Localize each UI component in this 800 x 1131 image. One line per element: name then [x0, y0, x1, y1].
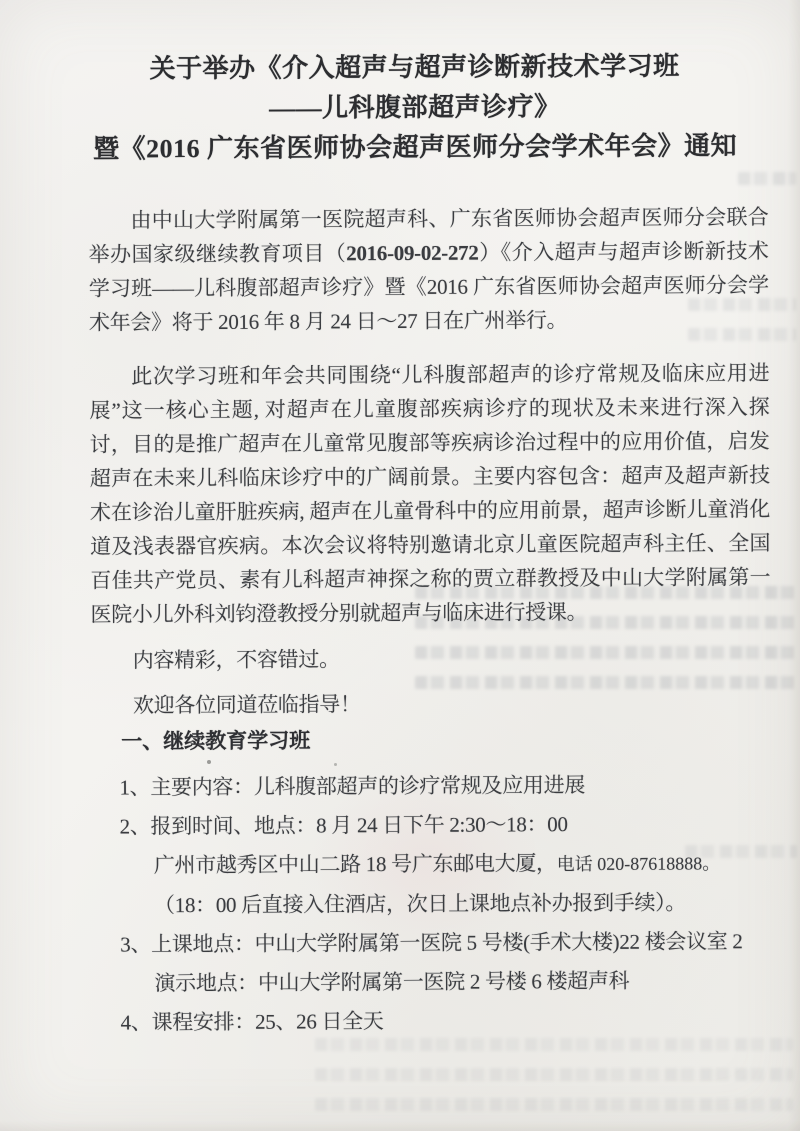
list-item-main-content: 1、主要内容：儿科腹部超声的诊疗常规及应用进展	[119, 767, 771, 804]
registration-note: （18：00 后直接入住酒店，次日上课地点补办报到手续）。	[154, 885, 772, 922]
list-item-schedule: 4、课程安排：25、26 日全天	[121, 1002, 773, 1039]
notice-title: 关于举办《介入超声与超声诊断新技术学习班 ——儿科腹部超声诊疗》 暨《2016 …	[88, 46, 743, 169]
title-line-3: 暨《2016 广东省医师协会超声医师分会学术年会》通知	[88, 126, 742, 169]
list-item-registration: 2、报到时间、地点：8 月 24 日下午 2:30～18：00	[120, 806, 772, 843]
paragraph-theme: 此次学习班和年会共同围绕“儿科腹部超声的诊疗常规及临床应用进展”这一核心主题, …	[89, 356, 770, 632]
registration-address: 广州市越秀区中山二路 18 号广东邮电大厦，	[154, 851, 557, 877]
demo-location: 演示地点：中山大学附属第一医院 2 号楼 6 楼超声科	[154, 963, 772, 1000]
title-line-2: ——儿科腹部超声诊疗》	[88, 86, 742, 129]
registration-address-line: 广州市越秀区中山二路 18 号广东邮电大厦，电话 020-87618888。	[154, 845, 772, 883]
scan-edge-shadow-bottom	[0, 1121, 800, 1131]
registration-phone: 电话 020-87618888。	[557, 853, 721, 874]
paragraph-intro: 由中山大学附属第一医院超声科、广东省医师协会超声医师分会联合举办国家级继续教育项…	[88, 200, 769, 340]
welcome-remark: 欢迎各位同道莅临指导！	[91, 685, 771, 723]
project-number: 2016-09-02-272	[346, 241, 478, 266]
scanned-notice-page: 关于举办《介入超声与超声诊断新技术学习班 ——儿科腹部超声诊疗》 暨《2016 …	[0, 0, 800, 1131]
page-content: 关于举办《介入超声与超声诊断新技术学习班 ——儿科腹部超声诊疗》 暨《2016 …	[0, 0, 800, 1040]
title-line-1: 关于举办《介入超声与超声诊断新技术学习班	[88, 46, 742, 89]
section-heading-continuing-education: 一、继续教育学习班	[121, 721, 771, 758]
list-item-class-location: 3、上课地点：中山大学附属第一医院 5 号楼(手术大楼)22 楼会议室 2	[120, 924, 772, 961]
bleedthrough-artifact-bottom	[315, 1038, 793, 1128]
closing-remark: 内容精彩，不容错过。	[91, 640, 771, 678]
scan-edge-shadow-right	[788, 0, 800, 1131]
